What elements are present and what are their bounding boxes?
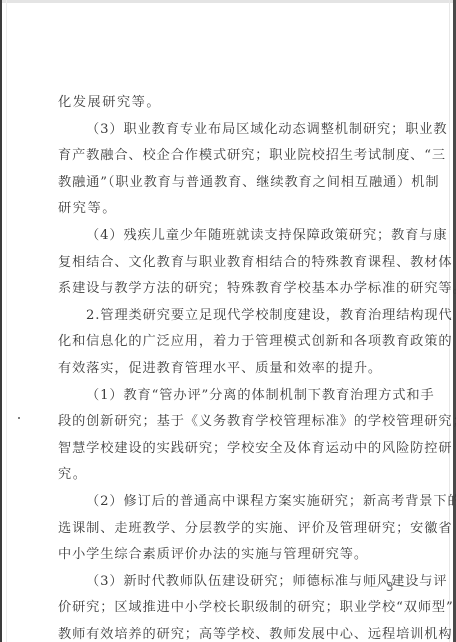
paragraph-line: 教融通”（职业教育与普通教育、继续教育之间相互融通）机制 (58, 170, 398, 197)
paragraph-line: 教师有效培养的研究；高等学校、教师发展中心、远程培训机构 (58, 622, 398, 642)
document-body: 化发展研究等。 （3）职业教育专业布局区域化动态调整机制研究；职业教 育产教融合… (58, 90, 398, 642)
paragraph-line: （3）新时代教师队伍建设研究；师德标准与师风建设与评 (58, 569, 398, 596)
paragraph-line: 中小学生综合素质评价办法的实施与管理研究等。 (58, 542, 398, 569)
paragraph-line: 研究等。 (58, 196, 398, 223)
scan-left-inner-edge (6, 0, 7, 642)
paragraph-line: （1）教育“管办评”分离的体制机制下教育治理方式和手 (58, 383, 398, 410)
paragraph-line: 2.管理类研究要立足现代学校制度建设，教育治理结构现代 (58, 303, 398, 330)
paragraph-line: 段的创新研究；基于《义务教育学校管理标准》的学校管理研究； (58, 409, 398, 436)
paragraph-line: （2）修订后的普通高中课程方案实施研究；新高考背景下的 (58, 489, 398, 516)
paragraph-line: 价研究；区域推进中小学校长职级制的研究；职业学校“双师型” (58, 595, 398, 622)
paragraph-line: 系建设与教学方法的研究；特殊教育学校基本办学标准的研究等。 (58, 276, 398, 303)
scan-speck (18, 417, 20, 419)
page-number: － 3 － (368, 578, 412, 595)
paragraph-line: 有效落实，促进教育管理水平、质量和效率的提升。 (58, 356, 398, 383)
paragraph-line: （4）残疾儿童少年随班就读支持保障政策研究；教育与康 (58, 223, 398, 250)
paragraph-line: 育产教融合、校企合作模式研究；职业院校招生考试制度、“三 (58, 143, 398, 170)
paragraph-line: 化发展研究等。 (58, 90, 398, 117)
paragraph-line: 复相结合、文化教育与职业教育相结合的特殊教育课程、教材体 (58, 250, 398, 277)
paragraph-line: 究。 (58, 462, 398, 489)
paragraph-line: 化和信息化的广泛应用，着力于管理模式创新和各项教育政策的 (58, 329, 398, 356)
scan-top-edge (0, 0, 456, 3)
paragraph-line: （3）职业教育专业布局区域化动态调整机制研究；职业教 (58, 117, 398, 144)
paragraph-line: 智慧学校建设的实践研究；学校安全及体育运动中的风险防控研 (58, 436, 398, 463)
paragraph-line: 选课制、走班教学、分层教学的实施、评价及管理研究；安徽省 (58, 516, 398, 543)
scan-left-border (0, 0, 2, 642)
